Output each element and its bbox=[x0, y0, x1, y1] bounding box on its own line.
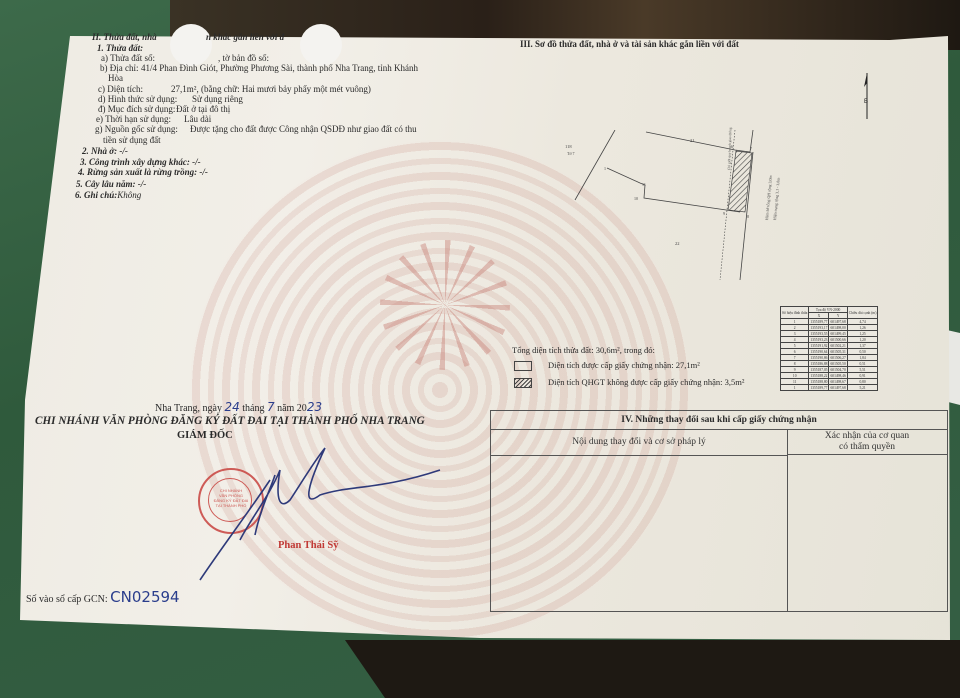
address-value-cont: Hòa bbox=[108, 74, 123, 84]
redaction-blur bbox=[300, 24, 342, 66]
coord-cell: 601505,50 bbox=[829, 361, 847, 367]
coord-cell: 601498,00 bbox=[829, 325, 847, 331]
date-prefix: Nha Trang, ngày bbox=[155, 403, 222, 414]
changes-content-cell bbox=[491, 455, 788, 611]
coord-cell: 5,21 bbox=[847, 385, 878, 391]
coord-cell: 601502,21 bbox=[829, 343, 847, 349]
coord-cell: 601497,68 bbox=[829, 385, 847, 391]
coord-cell: 1355193,55 bbox=[809, 331, 829, 337]
svg-text:11: 11 bbox=[642, 182, 646, 187]
svg-text:9: 9 bbox=[723, 211, 725, 216]
changes-col-content: Nội dung thay đổi và cơ sở pháp lý bbox=[491, 429, 788, 456]
legend-value: 3,5m² bbox=[725, 377, 745, 387]
item-house: 2. Nhà ở: -/- bbox=[82, 147, 128, 157]
svg-text:118: 118 bbox=[565, 144, 572, 149]
date-year: 23 bbox=[307, 400, 322, 414]
coord-cell: 1 bbox=[781, 385, 809, 391]
coord-cell: 601499,45 bbox=[829, 331, 847, 337]
item-value: -/- bbox=[119, 146, 128, 156]
item-production-forest: 4. Rừng sản xuất là rừng trồng: -/- bbox=[78, 168, 208, 178]
section-2-heading-part2: n khác gắn liền với đ bbox=[206, 33, 284, 43]
coord-cell: 1355186,88 bbox=[809, 361, 829, 367]
legend-swatch-plain bbox=[514, 361, 532, 371]
date-month: 7 bbox=[267, 400, 275, 414]
section-3-heading: III. Sơ đồ thửa đất, nhà ở và tài sản kh… bbox=[520, 40, 739, 50]
item-label: 6. Ghi chú: bbox=[75, 190, 117, 200]
item-value: -/- bbox=[199, 167, 208, 177]
coord-cell: 601504,70 bbox=[829, 367, 847, 373]
signer-name: Phan Thái Sỹ bbox=[278, 540, 339, 552]
legend-certified-area: Diện tích được cấp giấy chứng nhận: 27,1… bbox=[548, 361, 700, 370]
coord-cell: 601505,31 bbox=[829, 349, 847, 355]
year-label: năm 20 bbox=[277, 403, 307, 414]
usage-origin-value-cont: tiền sử dụng đất bbox=[103, 136, 161, 146]
coord-cell: 601498,67 bbox=[829, 379, 847, 385]
svg-text:22: 22 bbox=[675, 241, 680, 246]
svg-text:8: 8 bbox=[747, 214, 749, 219]
month-label: tháng bbox=[242, 403, 264, 414]
svg-text:7: 7 bbox=[750, 146, 752, 151]
svg-text:21: 21 bbox=[690, 138, 695, 143]
coord-cell: 1355193,23 bbox=[809, 337, 829, 343]
parcel-diagram: 118 Tờ 7 21 22 1 6 7 8 9 10 11 bbox=[560, 130, 800, 310]
item-value: -/- bbox=[192, 157, 201, 167]
legend-road-planning-area: Diện tích QHGT không được cấp giấy chứng… bbox=[548, 378, 744, 387]
register-label: Số vào sổ cấp GCN: bbox=[26, 594, 108, 605]
address-value: 41/4 Phan Đình Giót, Phường Phương Sài, … bbox=[141, 64, 418, 74]
coord-cell: 1355191,92 bbox=[809, 343, 829, 349]
usage-origin-value: Được tặng cho đất được Công nhận QSDĐ nh… bbox=[190, 125, 417, 135]
coord-cell: 1355189,77 bbox=[809, 385, 829, 391]
total-area-label: Tổng diện tích thửa đất: bbox=[512, 345, 594, 355]
coord-cell: 601506,27 bbox=[829, 355, 847, 361]
svg-text:10: 10 bbox=[634, 196, 638, 201]
legend-swatch-hatched bbox=[514, 378, 532, 388]
col-length: Chiều dài cạnh (m) bbox=[847, 307, 878, 319]
svg-text:B: B bbox=[864, 99, 868, 105]
item-label: 5. Cây lâu năm: bbox=[76, 179, 136, 189]
confirmation-line1: Xác nhận của cơ quan bbox=[787, 431, 947, 442]
item-label: 3. Công trình xây dựng khác: bbox=[80, 157, 190, 167]
signing-date: Nha Trang, ngày 24 tháng 7 năm 2023 bbox=[155, 401, 322, 414]
coord-cell: 1355188,22 bbox=[809, 373, 829, 379]
coord-cell: 601498,46 bbox=[829, 373, 847, 379]
item-value: -/- bbox=[138, 179, 147, 189]
dark-background-bottom bbox=[345, 640, 960, 698]
coord-cell: 1355188,80 bbox=[809, 379, 829, 385]
usage-origin-label: g) Nguồn gốc sử dụng: bbox=[95, 125, 178, 135]
coord-cell: 1355187,05 bbox=[809, 367, 829, 373]
changes-col-confirmation: Xác nhận của cơ quan có thẩm quyền bbox=[787, 429, 947, 455]
legend-value: 27,1m² bbox=[676, 360, 700, 370]
item-perennial-trees: 5. Cây lâu năm: -/- bbox=[76, 180, 146, 190]
coordinate-table: Số hiệu đỉnh thửa Tọa độ VN-2000 Chiều d… bbox=[780, 306, 878, 391]
col-vertex: Số hiệu đỉnh thửa bbox=[781, 307, 809, 319]
total-area-suffix: , trong đó: bbox=[620, 345, 655, 355]
changes-heading: IV. Những thay đổi sau khi cấp giấy chứn… bbox=[491, 411, 947, 430]
coord-cell: 1355190,64 bbox=[809, 349, 829, 355]
register-value: CN02594 bbox=[110, 588, 179, 606]
item-notes: 6. Ghi chú:Không bbox=[75, 191, 141, 201]
handwritten-signature bbox=[180, 440, 450, 590]
issuing-office: CHI NHÁNH VĂN PHÒNG ĐĂNG KÝ ĐẤT ĐAI TẠI … bbox=[35, 415, 425, 427]
svg-text:Tờ 7: Tờ 7 bbox=[567, 151, 575, 156]
register-number: Số vào sổ cấp GCN: CN02594 bbox=[26, 589, 180, 606]
drum-star-watermark bbox=[380, 240, 510, 370]
coord-cell: 1355193,17 bbox=[809, 325, 829, 331]
legend-label: Diện tích QHGT không được cấp giấy chứng… bbox=[548, 377, 723, 387]
coord-cell: 601497,68 bbox=[829, 319, 847, 325]
coord-cell: 601500,66 bbox=[829, 337, 847, 343]
item-label: 4. Rừng sản xuất là rừng trồng: bbox=[78, 167, 197, 177]
north-arrow-icon: B bbox=[860, 73, 874, 119]
section-2-heading-part1: II. Thửa đất, nhà bbox=[92, 33, 157, 43]
coord-row: 11355189,77601497,685,21 bbox=[781, 385, 878, 391]
legend-label: Diện tích được cấp giấy chứng nhận: bbox=[548, 360, 674, 370]
redaction-blur bbox=[170, 24, 212, 66]
coord-cell: 1355190,86 bbox=[809, 355, 829, 361]
coord-cell: 1355189,77 bbox=[809, 319, 829, 325]
item-value: Không bbox=[117, 190, 141, 200]
confirmation-line2: có thẩm quyền bbox=[787, 442, 947, 453]
date-day: 24 bbox=[224, 400, 239, 414]
item-label: 2. Nhà ở: bbox=[82, 146, 117, 156]
changes-table: IV. Những thay đổi sau khi cấp giấy chứn… bbox=[490, 410, 948, 612]
total-area: Tổng diện tích thửa đất: 30,6m², trong đ… bbox=[512, 346, 655, 355]
total-area-value: 30,6m² bbox=[596, 345, 620, 355]
svg-text:1: 1 bbox=[604, 166, 606, 171]
